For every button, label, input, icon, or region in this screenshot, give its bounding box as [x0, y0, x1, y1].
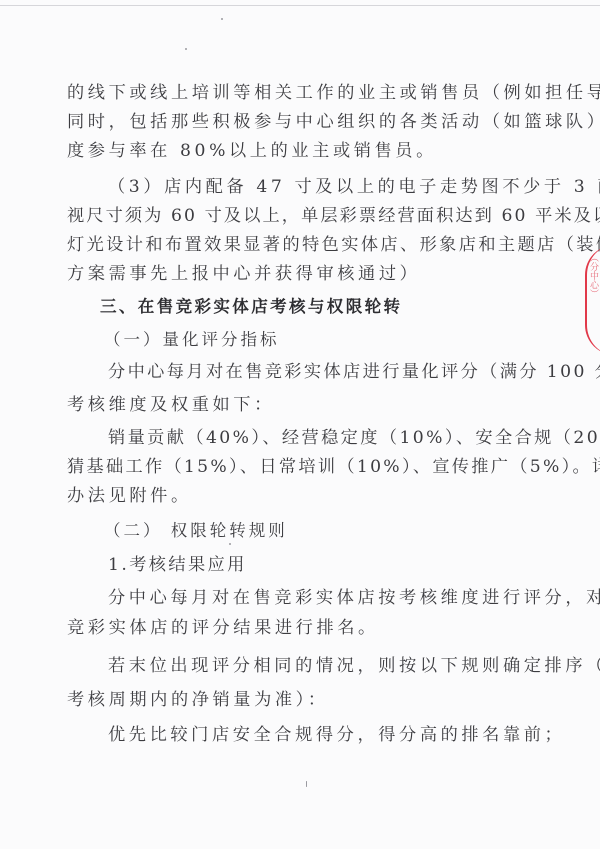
subsection-heading: （一）量化评分指标: [104, 329, 280, 351]
body-line: （3）店内配备 47 寸及以上的电子走势图不少于 3 面，观赛电: [108, 176, 600, 198]
scanned-document-page: 的线下或线上培训等相关工作的业主或销售员（例如担任导师）。 同时，包括那些积极参…: [0, 0, 600, 849]
section-heading: 三、在售竞彩实体店考核与权限轮转: [100, 296, 402, 318]
scan-speck: [306, 781, 307, 787]
body-line: 度参与率在 80%以上的业主或销售员。: [67, 140, 437, 162]
body-line: 同时，包括那些积极参与中心组织的各类活动（如篮球队）且年: [67, 111, 600, 133]
body-line: 考核周期内的净销量为准）：: [67, 689, 329, 711]
seal-text: （分中心）: [588, 253, 598, 298]
body-line: 优先比较门店安全合规得分，得分高的排名靠前；: [108, 724, 565, 746]
scoring-weights-line: 销量贡献（40%）、经营稳定度（10%）、安全合规（20%）、竞: [108, 427, 600, 449]
body-line: 分中心每月对在售竞彩实体店按考核维度进行评分，对在售: [108, 587, 600, 609]
body-line: 的线下或线上培训等相关工作的业主或销售员（例如担任导师）。: [67, 82, 600, 104]
body-line: 竞彩实体店的评分结果进行排名。: [67, 617, 379, 639]
red-seal-stamp: （分中心）: [583, 245, 600, 355]
numbered-item: 1.考核结果应用: [108, 554, 247, 576]
scoring-weights-line: 猜基础工作（15%）、日常培训（10%）、宣传推广（5%）。详细评分: [67, 456, 600, 478]
body-line: 分中心每月对在售竞彩实体店进行量化评分（满分 100 分），: [108, 361, 600, 383]
body-line: 考核维度及权重如下：: [67, 394, 275, 416]
body-line: 视尺寸须为 60 寸及以上，单层彩票经营面积达到 60 平米及以上，且: [67, 205, 600, 227]
body-line: 若末位出现评分相同的情况，则按以下规则确定排序（均以: [108, 655, 600, 677]
page-top-edge: [0, 5, 600, 6]
scan-speck: [221, 18, 223, 20]
body-line: 灯光设计和布置效果显著的特色实体店、形象店和主题店（装修设计: [67, 234, 600, 256]
body-line: 办法见附件。: [67, 485, 192, 507]
scan-speck: [229, 543, 231, 545]
subsection-heading: （二） 权限轮转规则: [104, 520, 288, 542]
body-line: 方案需事先上报中心并获得审核通过）: [67, 263, 420, 285]
scan-speck: [185, 48, 187, 50]
